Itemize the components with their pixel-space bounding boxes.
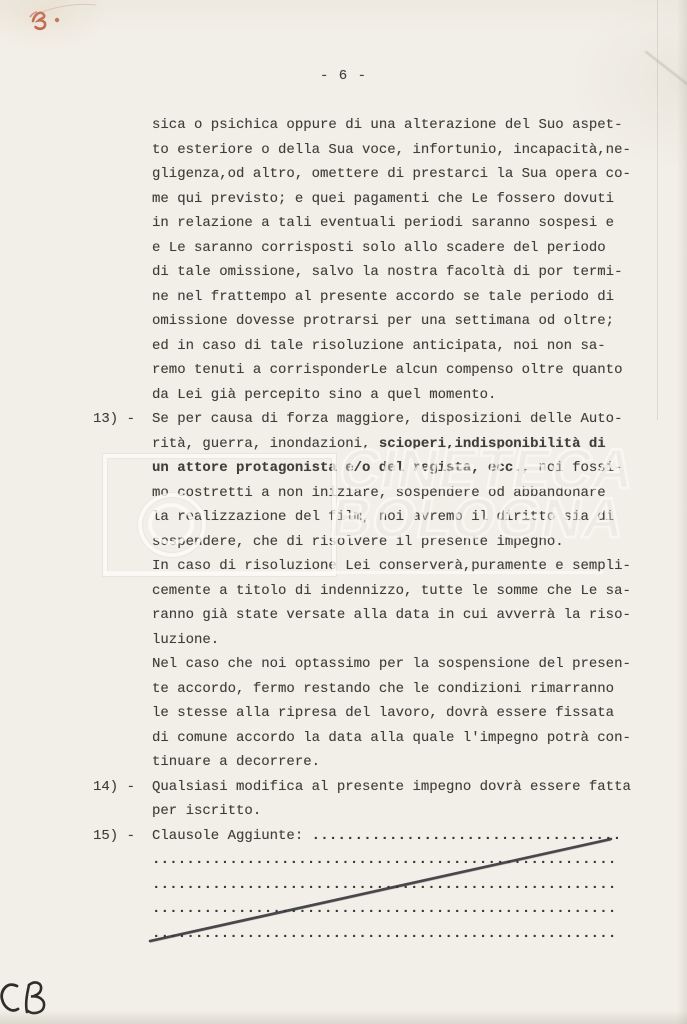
paragraph-line: omissione dovesse protrarsi per una sett… bbox=[152, 309, 657, 334]
paragraph-line: in relazione a tali eventuali periodi sa… bbox=[152, 211, 657, 236]
clause-line: te accordo, fermo restando che le condiz… bbox=[152, 677, 657, 702]
text-segment: sospendere, che di risolvere il presente… bbox=[152, 534, 564, 550]
text-segment: ranno già state versate alla data in cui… bbox=[152, 607, 631, 623]
clause-line: cemente a titolo di indennizzo, tutte le… bbox=[152, 579, 657, 604]
text-segment: scioperi,indisponibilità di bbox=[379, 436, 606, 452]
paragraph-line: me qui previsto; e quei pagamenti che Le… bbox=[152, 187, 657, 212]
text-segment: cemente a titolo di indennizzo, tutte le… bbox=[152, 583, 631, 599]
text-segment: Se per causa di forza maggiore, disposiz… bbox=[152, 411, 622, 427]
paragraph-line: di tale omissione, salvo la nostra facol… bbox=[152, 260, 657, 285]
text-segment: le stesse alla ripresa del lavoro, dovrà… bbox=[152, 705, 614, 721]
text-segment: per iscritto. bbox=[152, 803, 261, 819]
dotted-fill-line: .................................... bbox=[312, 828, 622, 844]
text-segment: ed in caso di tale risoluzione anticipat… bbox=[152, 338, 606, 354]
paragraph-line: e Le saranno corrisposti solo allo scade… bbox=[152, 236, 657, 261]
clause-line: ........................................… bbox=[152, 848, 657, 873]
clause-line: per iscritto. bbox=[152, 799, 657, 824]
text-segment: remo tenuti a corrisponderLe alcun compe… bbox=[152, 362, 622, 378]
document-lines: sica o psichica oppure di una alterazion… bbox=[152, 113, 657, 946]
dotted-fill-line: ........................................… bbox=[152, 877, 616, 893]
clause-line: In caso di risoluzione Lei conserverà,pu… bbox=[152, 554, 657, 579]
clause-line: le stesse alla ripresa del lavoro, dovrà… bbox=[152, 701, 657, 726]
clause-number: 15) - bbox=[93, 824, 135, 849]
clause-line: la realizzazione del film, noi avremo il… bbox=[152, 505, 657, 530]
dotted-fill-line: ........................................… bbox=[152, 926, 616, 942]
clause-line: ........................................… bbox=[152, 922, 657, 947]
paragraph-line: sica o psichica oppure di una alterazion… bbox=[152, 113, 657, 138]
text-segment: in relazione a tali eventuali periodi sa… bbox=[152, 215, 614, 231]
text-segment: sica o psichica oppure di una alterazion… bbox=[152, 117, 622, 133]
paragraph-line: gligenza,od altro, omettere di prestarci… bbox=[152, 162, 657, 187]
text-segment: Nel caso che noi optassimo per la sospen… bbox=[152, 656, 631, 672]
text-segment: me qui previsto; e quei pagamenti che Le… bbox=[152, 191, 614, 207]
clause-line: di comune accordo la data alla quale l'i… bbox=[152, 726, 657, 751]
text-segment: gligenza,od altro, omettere di prestarci… bbox=[152, 166, 631, 182]
dotted-fill-line: ........................................… bbox=[152, 901, 616, 917]
clause-line: 14) -Qualsiasi modifica al presente impe… bbox=[152, 775, 657, 800]
paragraph-line: remo tenuti a corrisponderLe alcun compe… bbox=[152, 358, 657, 383]
paragraph-line: ed in caso di tale risoluzione anticipat… bbox=[152, 334, 657, 359]
clause-line: mo costretti a non iniziare, sospendere … bbox=[152, 481, 657, 506]
text-segment: Clausole Aggiunte: bbox=[152, 828, 312, 844]
text-segment: di tale omissione, salvo la nostra facol… bbox=[152, 264, 622, 280]
clause-line: ........................................… bbox=[152, 873, 657, 898]
clause-line: 13) -Se per causa di forza maggiore, dis… bbox=[152, 407, 657, 432]
clause-line: ........................................… bbox=[152, 897, 657, 922]
clause-line: 15) -Clausole Aggiunte: ................… bbox=[152, 824, 657, 849]
text-segment: omissione dovesse protrarsi per una sett… bbox=[152, 313, 614, 329]
text-segment: ne nel frattempo al presente accordo se … bbox=[152, 289, 614, 305]
text-segment: to esteriore o della Sua voce, infortuni… bbox=[152, 142, 631, 158]
text-segment: un attore protagonista e/o del regista, … bbox=[152, 460, 530, 476]
page-number: - 6 - bbox=[0, 68, 687, 84]
red-ink-scribble bbox=[0, 0, 120, 40]
clause-number: 13) - bbox=[93, 407, 135, 432]
paragraph-line: to esteriore o della Sua voce, infortuni… bbox=[152, 138, 657, 163]
text-segment: Qualsiasi modifica al presente impegno d… bbox=[152, 779, 631, 795]
clause-line: rità, guerra, inondazioni, scioperi,indi… bbox=[152, 432, 657, 457]
dotted-fill-line: ........................................… bbox=[152, 852, 616, 868]
scanned-contract-page: - 6 - sica o psichica oppure di una alte… bbox=[0, 0, 687, 1024]
text-segment: mo costretti a non iniziare, sospendere … bbox=[152, 485, 606, 501]
paragraph-line: da Lei già percepito sino a quel momento… bbox=[152, 383, 657, 408]
clause-number: 14) - bbox=[93, 775, 135, 800]
text-segment: la realizzazione del film, noi avremo il… bbox=[152, 509, 614, 525]
text-segment: di comune accordo la data alla quale l'i… bbox=[152, 730, 631, 746]
clause-line: Nel caso che noi optassimo per la sospen… bbox=[152, 652, 657, 677]
clause-line: luzione. bbox=[152, 628, 657, 653]
clause-line: ranno già state versate alla data in cui… bbox=[152, 603, 657, 628]
text-segment: rità, guerra, inondazioni, bbox=[152, 436, 379, 452]
handwritten-initials bbox=[0, 970, 70, 1024]
text-segment: da Lei già percepito sino a quel momento… bbox=[152, 387, 496, 403]
text-segment: tinuare a decorrere. bbox=[152, 754, 320, 770]
text-segment: e Le saranno corrisposti solo allo scade… bbox=[152, 240, 606, 256]
paragraph-line: ne nel frattempo al presente accordo se … bbox=[152, 285, 657, 310]
text-segment: luzione. bbox=[152, 632, 219, 648]
text-segment: te accordo, fermo restando che le condiz… bbox=[152, 681, 614, 697]
clause-line: tinuare a decorrere. bbox=[152, 750, 657, 775]
text-segment: noi fossi- bbox=[530, 460, 622, 476]
text-segment: In caso di risoluzione Lei conserverà,pu… bbox=[152, 558, 631, 574]
clause-line: un attore protagonista e/o del regista, … bbox=[152, 456, 657, 481]
clause-line: sospendere, che di risolvere il presente… bbox=[152, 530, 657, 555]
